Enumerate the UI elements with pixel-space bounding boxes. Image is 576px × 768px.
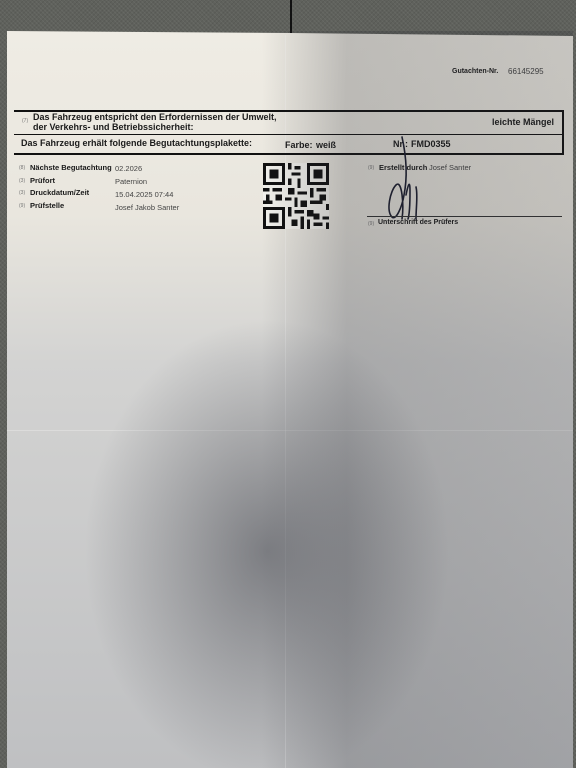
detail-label-naechste-begutachtung: Nächste Begutachtung (30, 163, 112, 172)
statement-line1: Das Fahrzeug entspricht den Erforderniss… (33, 112, 277, 122)
gutachten-number: 66145295 (508, 67, 544, 76)
detail-label-druckdatum: Druckdatum/Zeit (30, 188, 89, 197)
marker-7: (7) (22, 118, 28, 124)
paper-fold-horizontal (7, 430, 573, 431)
unterschrift-label: Unterschrift des Prüfers (378, 219, 458, 226)
handwritten-signature-icon (372, 135, 442, 225)
unterschrift-marker: (9) (368, 221, 374, 227)
qr-code-icon (263, 163, 329, 229)
detail-marker: (3) (19, 190, 25, 196)
result-box-divider (14, 134, 564, 135)
detail-marker: (9) (19, 203, 25, 209)
detail-value-druckdatum: 15.04.2025 07:44 (115, 190, 173, 199)
plakette-label: Das Fahrzeug erhält folgende Begutachtun… (21, 138, 252, 148)
detail-label-pruefstelle: Prüfstelle (30, 201, 64, 210)
detail-label-pruefort: Prüfort (30, 176, 55, 185)
detail-value-pruefort: Paternion (115, 177, 147, 186)
farbe-value: weiß (316, 140, 336, 150)
detail-marker: (3) (19, 178, 25, 184)
statement-line2: der Verkehrs- und Betriebssicherheit: (33, 122, 194, 132)
signature-line (367, 216, 562, 217)
detail-value-pruefstelle: Josef Jakob Santer (115, 203, 179, 212)
detail-value-naechste-begutachtung: 02.2026 (115, 164, 142, 173)
verdict: leichte Mängel (492, 117, 554, 127)
farbe-label: Farbe: (285, 140, 313, 150)
gutachten-label: Gutachten-Nr. (452, 68, 498, 75)
detail-marker: (8) (19, 165, 25, 171)
